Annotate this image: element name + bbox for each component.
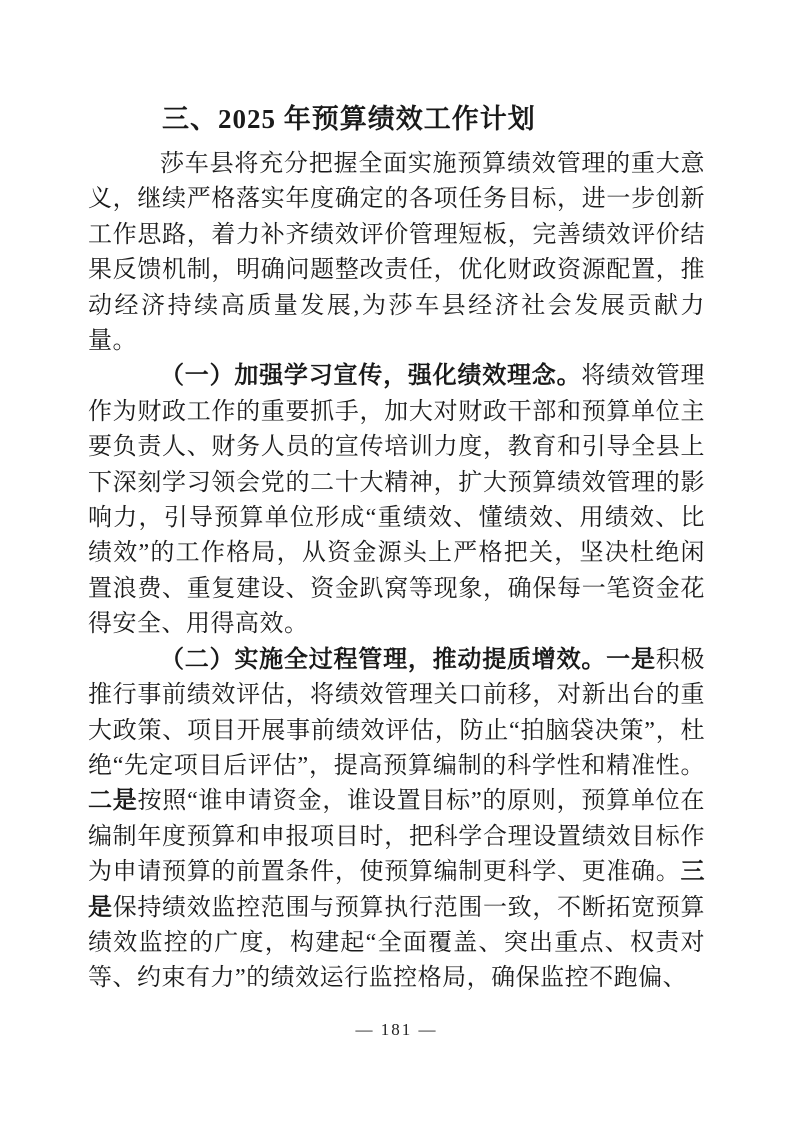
page-footer: — 181 — — [0, 1020, 793, 1040]
page-number: — 181 — — [356, 1020, 438, 1039]
text-segment: 保持绩效监控范围与预算执行范围一致，不断拓宽预算绩效监控的广度，构建起“全面覆盖… — [88, 895, 705, 992]
paragraph: （二）实施全过程管理，推动提质增效。一是积极推行事前绩效评估，将绩效管理关口前移… — [88, 643, 705, 997]
text-segment: 按照“谁申请资金，谁设置目标”的原则，预算单位在编制年度预算和申报项目时，把科学… — [88, 788, 705, 885]
text-segment-bold: 二是 — [88, 788, 138, 814]
text-segment-bold: （二）实施全过程管理，推动提质增效。 — [160, 647, 606, 673]
text-segment-bold: （一）加强学习宣传，强化绩效理念。 — [160, 363, 581, 389]
text-segment-bold: 一是 — [606, 647, 656, 673]
document-page: 三、2025 年预算绩效工作计划 莎车县将充分把握全面实施预算绩效管理的重大意义… — [0, 0, 793, 1122]
paragraph: （一）加强学习宣传，强化绩效理念。将绩效管理作为财政工作的重要抓手，加大对财政干… — [88, 359, 705, 642]
text-segment: 将绩效管理作为财政工作的重要抓手，加大对财政干部和预算单位主要负责人、财务人员的… — [88, 363, 705, 637]
document-title: 三、2025 年预算绩效工作计划 — [162, 98, 705, 140]
document-body: 莎车县将充分把握全面实施预算绩效管理的重大意义，继续严格落实年度确定的各项任务目… — [88, 147, 705, 997]
text-segment: 莎车县将充分把握全面实施预算绩效管理的重大意义，继续严格落实年度确定的各项任务目… — [88, 151, 705, 354]
paragraph: 莎车县将充分把握全面实施预算绩效管理的重大意义，继续严格落实年度确定的各项任务目… — [88, 147, 705, 359]
